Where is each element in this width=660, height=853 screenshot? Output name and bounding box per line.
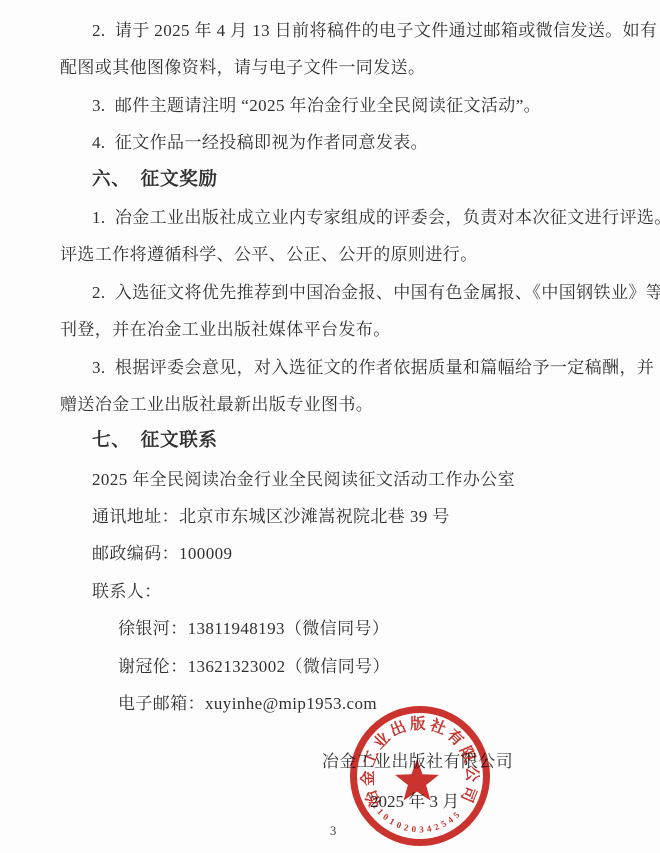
document-line: 3. 根据评委会意见，对入选征文的作者依据质量和篇幅给予一定稿酬，并 xyxy=(60,349,632,386)
document-line: 徐银河：13811948193（微信同号） xyxy=(60,610,632,647)
document-line: 2025 年全民阅读冶金行业全民阅读征文活动工作办公室 xyxy=(60,461,632,498)
seal-star-icon xyxy=(395,759,439,801)
document-line: 刊登，并在冶金工业出版社媒体平台发布。 xyxy=(60,311,632,348)
document-body: 2. 请于 2025 年 4 月 13 日前将稿件的电子文件通过邮箱或微信发送。… xyxy=(60,12,632,722)
document-line: 2. 请于 2025 年 4 月 13 日前将稿件的电子文件通过邮箱或微信发送。… xyxy=(60,12,632,49)
document-line: 4. 征文作品一经投稿即视为作者同意发表。 xyxy=(60,124,632,161)
document-line: 1. 冶金工业出版社成立业内专家组成的评委会，负责对本次征文进行评选。 xyxy=(60,199,632,236)
document-line: 七、 征文联系 xyxy=(60,423,632,460)
document-line: 2. 入选征文将优先推荐到中国冶金报、中国有色金属报、《中国钢铁业》等 xyxy=(60,274,632,311)
document-line: 谢冠伦：13621323002（微信同号） xyxy=(60,648,632,685)
document-line: 联系人： xyxy=(60,573,632,610)
document-line: 六、 征文奖励 xyxy=(60,162,632,199)
page-number: 3 xyxy=(330,824,336,839)
document-line: 3. 邮件主题请注明 “2025 年冶金行业全民阅读征文活动”。 xyxy=(60,87,632,124)
document-line: 通讯地址：北京市东城区沙滩嵩祝院北巷 39 号 xyxy=(60,498,632,535)
document-line: 赠送冶金工业出版社最新出版专业图书。 xyxy=(60,386,632,423)
document-line: 评选工作将遵循科学、公平、公正、公开的原则进行。 xyxy=(60,236,632,273)
company-seal-stamp-icon: 冶金工业出版社有限公司 1101020342545 xyxy=(340,696,500,853)
document-page: { "colors": { "text": "#303030", "seal_r… xyxy=(0,0,660,853)
document-line: 配图或其他图像资料，请与电子文件一同发送。 xyxy=(60,49,632,86)
document-line: 邮政编码：100009 xyxy=(60,535,632,572)
